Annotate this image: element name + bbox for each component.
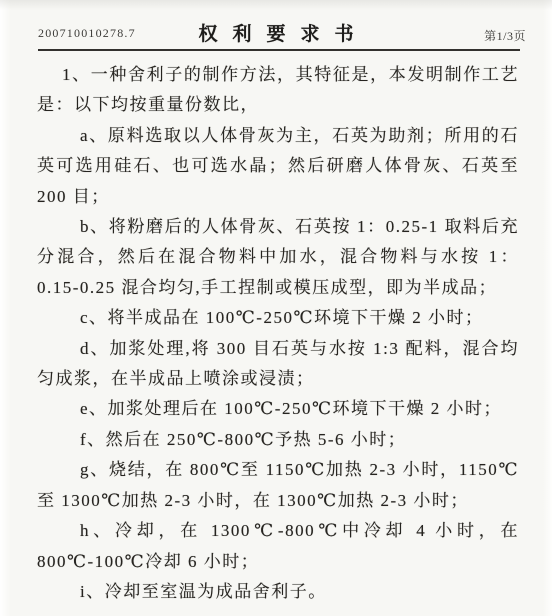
claim-step-i: i、冷却至室温为成品舍利子。 [37,577,519,607]
claim-step-a: a、原料选取以人体骨灰为主，石英为助剂；所用的石英可选用硅石、也可选水晶；然后研… [37,121,519,212]
claim-step-d: d、加浆处理,将 300 目石英与水按 1:3 配料，混合均匀成浆，在半成品上喷… [37,334,519,395]
claim-step-f: f、然后在 250℃-800℃予热 5-6 小时； [37,425,519,455]
claim-step-c: c、将半成品在 100℃-250℃环境下干燥 2 小时； [37,303,519,333]
page-indicator: 第1/3页 [484,27,526,44]
patent-claims-page: 200710010278.7 权利要求书 第1/3页 1、一种舍利子的制作方法，… [0,0,552,616]
claim-1-preamble: 1、一种舍利子的制作方法，其特征是，本发明制作工艺是：以下均按重量份数比， [37,60,519,121]
header-divider [38,49,520,51]
claim-step-h: h、冷却，在 1300℃-800℃中冷却 4 小时，在 800℃-100℃冷却 … [37,516,519,577]
claims-body: 1、一种舍利子的制作方法，其特征是，本发明制作工艺是：以下均按重量份数比， a、… [37,60,519,607]
claim-step-b: b、将粉磨后的人体骨灰、石英按 1：0.25-1 取料后充分混合，然后在混合物料… [37,212,519,303]
document-title: 权利要求书 [0,19,552,46]
claim-step-g: g、烧结，在 800℃至 1150℃加热 2-3 小时，1150℃至 1300℃… [37,455,519,516]
claim-step-e: e、加浆处理后在 100℃-250℃环境下干燥 2 小时； [37,394,519,424]
